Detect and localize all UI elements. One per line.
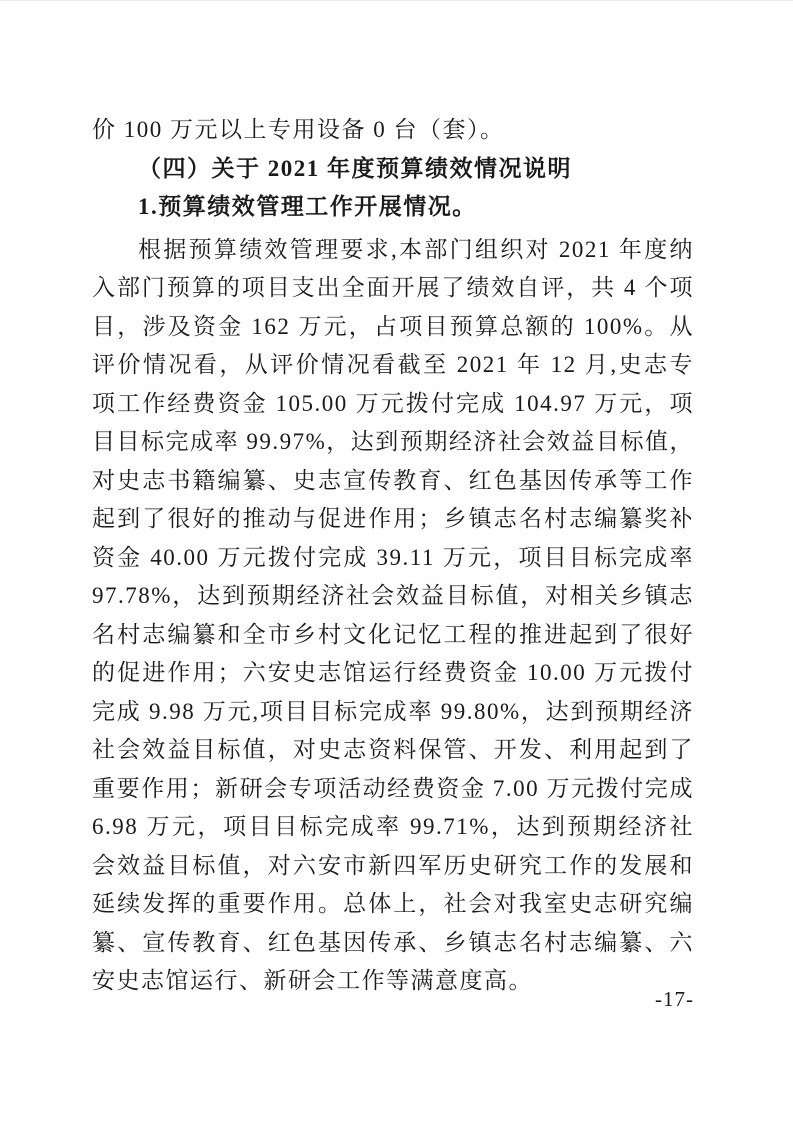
page-number: -17- <box>655 987 694 1012</box>
document-body: 价 100 万元以上专用设备 0 台（套）。 （四）关于 2021 年度预算绩效… <box>92 111 694 1001</box>
paragraph-continuation: 价 100 万元以上专用设备 0 台（套）。 <box>92 111 694 150</box>
body-paragraph: 根据预算绩效管理要求,本部门组织对 2021 年度纳入部门预算的项目支出全面开展… <box>92 231 694 1001</box>
subsection-heading: 1.预算绩效管理工作开展情况。 <box>92 188 694 227</box>
section-heading: （四）关于 2021 年度预算绩效情况说明 <box>92 150 694 189</box>
document-page: 价 100 万元以上专用设备 0 台（套）。 （四）关于 2021 年度预算绩效… <box>0 0 793 1122</box>
